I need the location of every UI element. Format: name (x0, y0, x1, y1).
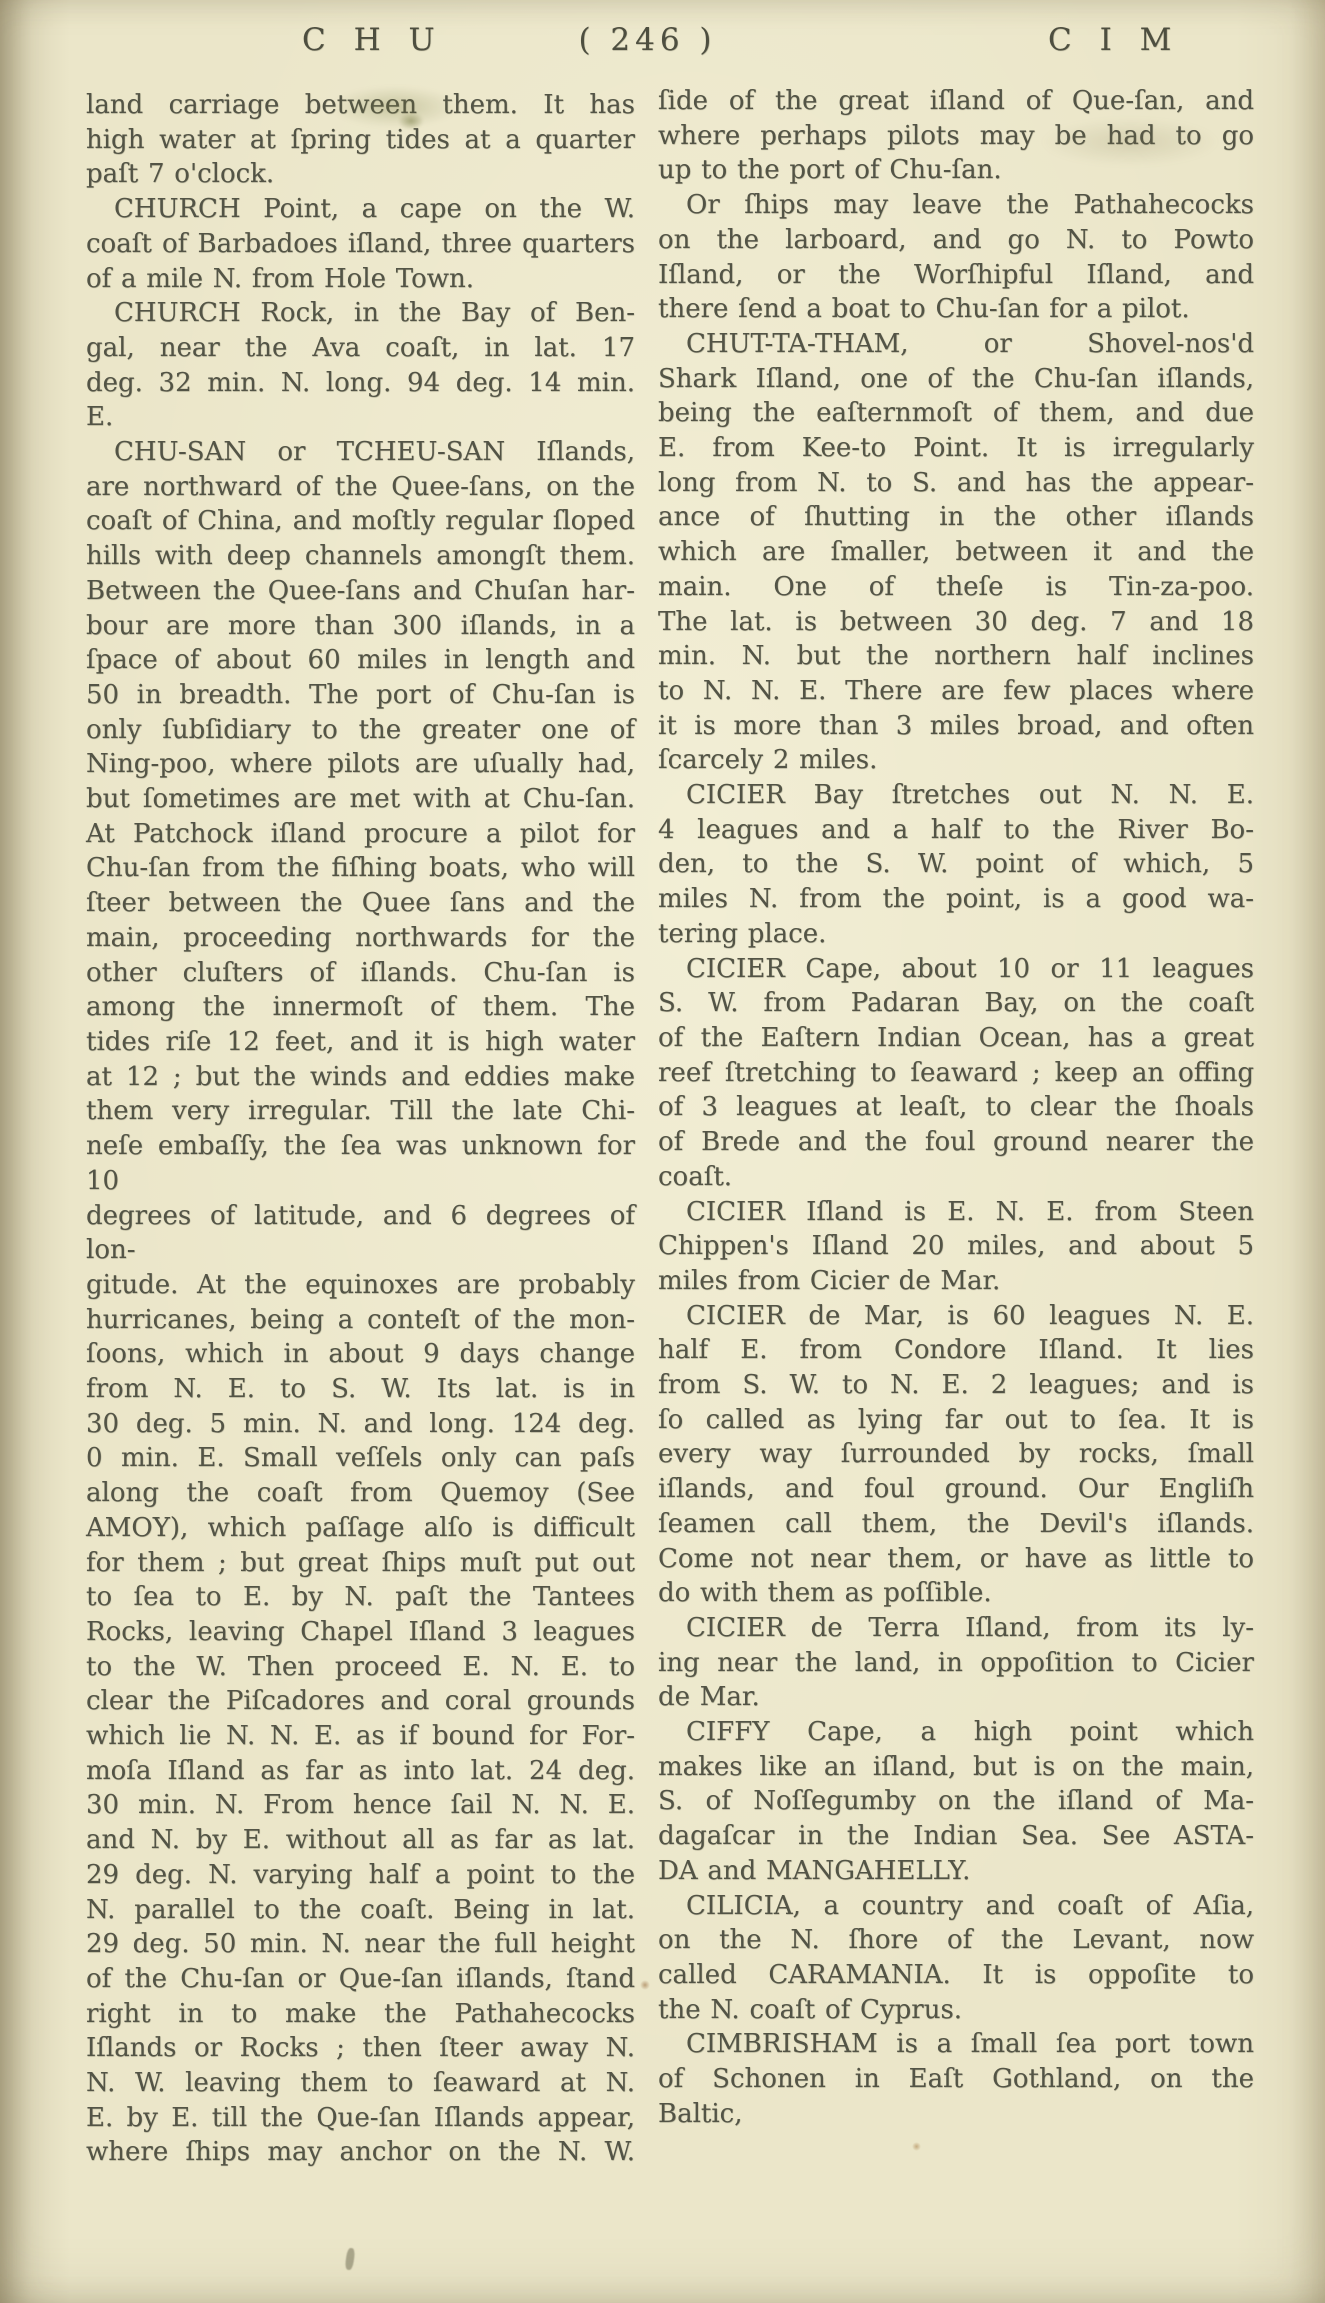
running-title-left: C H U (302, 22, 444, 66)
text-line: degrees of latitude, and 6 degrees of lo… (86, 1199, 635, 1268)
text-line: CIFFY Cape, a high point which (658, 1715, 1254, 1750)
text-line: CICIER Bay ſtretches out N. N. E. (658, 778, 1254, 813)
text-line: iſlands, and foul ground. Our Engliſh (658, 1472, 1254, 1507)
text-line: called CARAMANIA. It is oppoſite to (658, 1958, 1254, 1993)
text-line: 50 in breadth. The port of Chu-ſan is (86, 678, 635, 713)
text-line: Come not near them, or have as little to (658, 1542, 1254, 1577)
text-line: Iſlands or Rocks ; then ſteer away N. (86, 2031, 635, 2066)
text-line: high water at ſpring tides at a quarter (86, 123, 635, 158)
text-line: Or ſhips may leave the Pathahecocks (658, 188, 1254, 223)
stray-ink-mark (345, 2248, 356, 2271)
text-line: main. One of theſe is Tin-za-poo. (658, 570, 1254, 605)
text-line: 4 leagues and a half to the River Bo- (658, 813, 1254, 848)
text-line: to ſea to E. by N. paſt the Tantees (86, 1580, 635, 1615)
text-line: tering place. (658, 917, 1254, 952)
text-line: which lie N. N. E. as if bound for For- (86, 1719, 635, 1754)
text-line: gal, near the Ava coaſt, in lat. 17 (86, 331, 635, 366)
text-line: N. W. leaving them to ſeaward at N. (86, 2066, 635, 2101)
text-line: CICIER Iſland is E. N. E. from Steen (658, 1195, 1254, 1230)
text-line: do with them as poſſible. (658, 1576, 1254, 1611)
text-line: de Mar. (658, 1680, 1254, 1715)
text-line: deg. 32 min. N. long. 94 deg. 14 min. (86, 366, 635, 401)
text-line: bour are more than 300 iſlands, in a (86, 609, 635, 644)
text-line: ing near the land, in oppoſition to Cici… (658, 1646, 1254, 1681)
text-line: other cluſters of iſlands. Chu-ſan is (86, 956, 635, 991)
text-line: ſoons, which in about 9 days change (86, 1337, 635, 1372)
text-line: ſcarcely 2 miles. (658, 743, 1254, 778)
page-number: ( 246 ) (560, 22, 735, 66)
text-line: it is more than 3 miles broad, and often (658, 709, 1254, 744)
text-line: CHUT-TA-THAM, or Shovel-nos'd (658, 327, 1254, 362)
text-line: on the N. ſhore of the Levant, now (658, 1923, 1254, 1958)
text-line: paſt 7 o'clock. (86, 157, 635, 192)
text-line: dagaſcar in the Indian Sea. See ASTA- (658, 1819, 1254, 1854)
text-line: but ſometimes are met with at Chu-ſan. (86, 782, 635, 817)
text-line: E. from Kee-to Point. It is irregularly (658, 431, 1254, 466)
text-line: makes like an iſland, but is on the main… (658, 1750, 1254, 1785)
text-line: reef ſtretching to ſeaward ; keep an off… (658, 1056, 1254, 1091)
text-line: tides riſe 12 feet, and it is high water (86, 1025, 635, 1060)
text-line: ſteer between the Quee ſans and the (86, 886, 635, 921)
text-line: S. of Noſſegumby on the iſland of Ma- (658, 1784, 1254, 1819)
text-line: of a mile N. from Hole Town. (86, 262, 635, 297)
text-line: 30 deg. 5 min. N. and long. 124 deg. (86, 1407, 635, 1442)
text-line: from S. W. to N. E. 2 leagues; and is (658, 1368, 1254, 1403)
text-line: Shark Iſland, one of the Chu-ſan iſlands… (658, 362, 1254, 397)
text-line: moſa Iſland as far as into lat. 24 deg. (86, 1754, 635, 1789)
text-line: are northward of the Quee-ſans, on the (86, 470, 635, 505)
text-line: right in to make the Pathahecocks (86, 1997, 635, 2032)
text-line: half E. from Condore Iſland. It lies (658, 1333, 1254, 1368)
text-line: Ning-poo, where pilots are uſually had, (86, 747, 635, 782)
text-line: hurricanes, being a conteſt of the mon- (86, 1303, 635, 1338)
text-line: of Schonen in Eaſt Gothland, on the (658, 2062, 1254, 2097)
text-line: Rocks, leaving Chapel Iſland 3 leagues (86, 1615, 635, 1650)
text-line: S. W. from Padaran Bay, on the coaſt (658, 986, 1254, 1021)
text-line: coaſt of China, and moſtly regular ſlope… (86, 504, 635, 539)
text-line: Chu-ſan from the fiſhing boats, who will (86, 851, 635, 886)
text-line: 0 min. E. Small veſſels only can paſs (86, 1441, 635, 1476)
text-line: At Patchock iſland procure a pilot for (86, 817, 635, 852)
text-line: only ſubſidiary to the greater one of (86, 713, 635, 748)
text-line: and N. by E. without all as far as lat. (86, 1823, 635, 1858)
text-line: on the larboard, and go N. to Powto (658, 223, 1254, 258)
text-line: for them ; but great ſhips muſt put out (86, 1546, 635, 1581)
text-line: E. by E. till the Que-ſan Iſlands appear… (86, 2101, 635, 2136)
text-line: CICIER Cape, about 10 or 11 leagues (658, 952, 1254, 987)
text-line: every way ſurrounded by rocks, ſmall (658, 1437, 1254, 1472)
text-line: which are ſmaller, between it and the (658, 535, 1254, 570)
text-line: ſo called as lying far out to ſea. It is (658, 1403, 1254, 1438)
text-line: ſpace of about 60 miles in length and (86, 643, 635, 678)
text-line: The lat. is between 30 deg. 7 and 18 (658, 605, 1254, 640)
text-line: of the Chu-ſan or Que-ſan iſlands, ſtand (86, 1962, 635, 1997)
text-line: hills with deep channels amongſt them. (86, 539, 635, 574)
paper-speck (640, 1980, 650, 1990)
text-line: CILICIA, a country and coaſt of Aſia, (658, 1889, 1254, 1924)
text-line: to N. N. E. There are few places where (658, 674, 1254, 709)
text-line: at 12 ; but the winds and eddies make (86, 1060, 635, 1095)
text-line: from N. E. to S. W. Its lat. is in (86, 1372, 635, 1407)
text-line: AMOY), which paſſage alſo is difficult (86, 1511, 635, 1546)
text-line: neſe embaſſy, the ſea was unknown for 10 (86, 1129, 635, 1198)
text-line: up to the port of Chu-ſan. (658, 153, 1254, 188)
text-line: them very irregular. Till the late Chi- (86, 1094, 635, 1129)
text-line: Between the Quee-ſans and Chuſan har- (86, 574, 635, 609)
text-line: N. parallel to the coaſt. Being in lat. (86, 1893, 635, 1928)
text-line: DA and MANGAHELLY. (658, 1854, 1254, 1889)
text-line: where perhaps pilots may be had to go (658, 119, 1254, 154)
text-line: along the coaſt from Quemoy (See (86, 1476, 635, 1511)
text-line: min. N. but the northern half inclines (658, 639, 1254, 674)
text-line: ſide of the great iſland of Que-ſan, and (658, 84, 1254, 119)
text-line: of 3 leagues at leaſt, to clear the ſhoa… (658, 1090, 1254, 1125)
text-line: CHU-SAN or TCHEU-SAN Iſlands, (86, 435, 635, 470)
text-line: the N. coaſt of Cyprus. (658, 1993, 1254, 2028)
text-line: ſeamen call them, the Devil's iſlands. (658, 1507, 1254, 1542)
text-line: CIMBRISHAM is a ſmall ſea port town (658, 2027, 1254, 2062)
text-line: of the Eaſtern Indian Ocean, has a great (658, 1021, 1254, 1056)
text-line: among the innermoſt of them. The (86, 990, 635, 1025)
text-line: Chippen's Iſland 20 miles, and about 5 (658, 1229, 1254, 1264)
text-line: of Brede and the foul ground nearer the (658, 1125, 1254, 1160)
text-line: to the W. Then proceed E. N. E. to (86, 1650, 635, 1685)
text-line: ance of ſhutting in the other iſlands (658, 500, 1254, 535)
text-line: miles N. from the point, is a good wa- (658, 882, 1254, 917)
text-line: E. (86, 400, 635, 435)
text-line: gitude. At the equinoxes are probably (86, 1268, 635, 1303)
right-text-column: ſide of the great iſland of Que-ſan, and… (658, 84, 1254, 2131)
text-line: where ſhips may anchor on the N. W. (86, 2135, 635, 2170)
text-line: Iſland, or the Worſhipful Iſland, and (658, 258, 1254, 293)
text-line: CHURCH Rock, in the Bay of Ben- (86, 296, 635, 331)
text-line: being the eaſternmoſt of them, and due (658, 396, 1254, 431)
book-page-scan: C H U ( 246 ) C I M land carriage betwee… (0, 0, 1325, 2303)
catchword: Baltic, (658, 2097, 1254, 2132)
text-line: CICIER de Terra Iſland, from its ly- (658, 1611, 1254, 1646)
text-line: long from N. to S. and has the appear- (658, 466, 1254, 501)
text-line: 29 deg. 50 min. N. near the full height (86, 1927, 635, 1962)
text-line: coaſt. (658, 1160, 1254, 1195)
text-line: den, to the S. W. point of which, 5 (658, 847, 1254, 882)
text-line: coaſt of Barbadoes iſland, three quarter… (86, 227, 635, 262)
text-line: clear the Piſcadores and coral grounds (86, 1684, 635, 1719)
running-title-right: C I M (1048, 22, 1180, 66)
text-line: there ſend a boat to Chu-ſan for a pilot… (658, 292, 1254, 327)
text-line: main, proceeding northwards for the (86, 921, 635, 956)
text-line: land carriage between them. It has (86, 88, 635, 123)
left-text-column: land carriage between them. It hashigh w… (86, 88, 635, 2170)
paper-speck (912, 2142, 921, 2151)
text-line: 29 deg. N. varying half a point to the (86, 1858, 635, 1893)
text-line: CHURCH Point, a cape on the W. (86, 192, 635, 227)
text-line: miles from Cicier de Mar. (658, 1264, 1254, 1299)
text-line: 30 min. N. From hence ſail N. N. E. (86, 1788, 635, 1823)
text-line: CICIER de Mar, is 60 leagues N. E. (658, 1299, 1254, 1334)
